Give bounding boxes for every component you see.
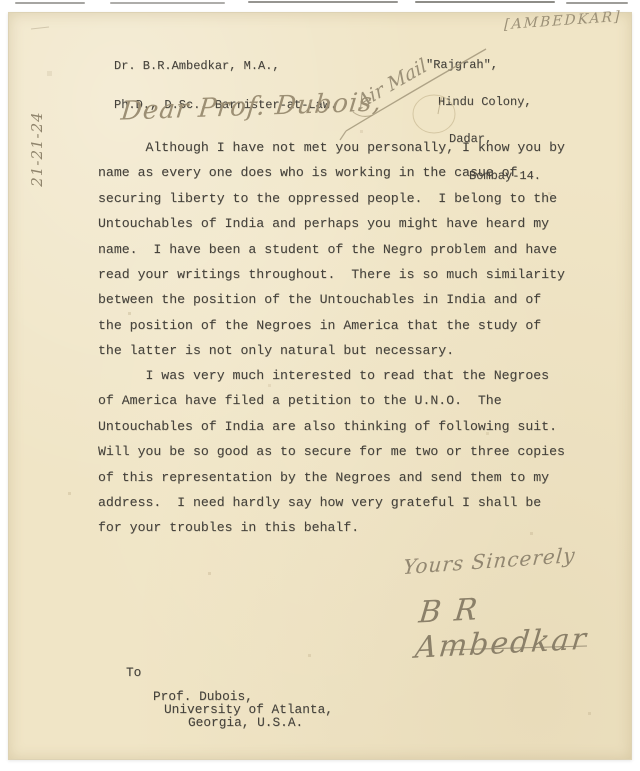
scan-edge-artifact bbox=[566, 2, 628, 4]
letter-paper: Dr. B.R.Ambedkar, M.A., Ph.D., D.Sc., Ba… bbox=[8, 12, 632, 760]
body-paragraph-1: Although I have not met you personally, … bbox=[98, 135, 584, 364]
archive-note-handwritten: [AMBEDKAR] bbox=[504, 9, 622, 33]
signature-handwritten: B R Ambedkar bbox=[413, 584, 634, 666]
scan-edge-artifact bbox=[15, 2, 85, 4]
margin-code-handwritten: 21-21-24 bbox=[28, 104, 44, 194]
recipient-line: Georgia, U.S.A. bbox=[188, 716, 303, 729]
body-paragraph-2: I was very much interested to read that … bbox=[98, 363, 584, 541]
scanned-letter-page: Dr. B.R.Ambedkar, M.A., Ph.D., D.Sc., Ba… bbox=[0, 0, 640, 771]
scan-edge-artifact bbox=[415, 1, 555, 3]
address-line: Hindu Colony, bbox=[438, 96, 541, 108]
sender-name-line: Dr. B.R.Ambedkar, M.A., bbox=[114, 60, 337, 73]
scan-edge-artifact bbox=[248, 1, 398, 3]
recipient-to-label: To bbox=[126, 666, 141, 679]
scan-edge-artifact bbox=[110, 2, 225, 4]
valediction-handwritten: Yours Sincerely bbox=[402, 543, 576, 579]
address-line: "Rajgrah", bbox=[426, 59, 541, 71]
paper-specks bbox=[9, 13, 10, 14]
paper-smudge-mark bbox=[31, 27, 49, 29]
